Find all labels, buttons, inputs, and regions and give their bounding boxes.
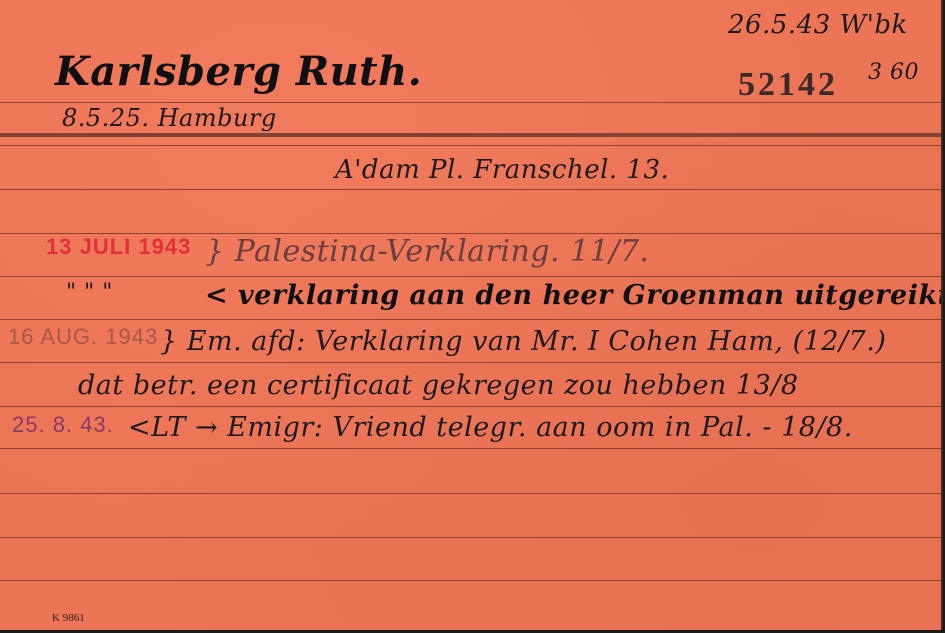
rule-line: [0, 406, 941, 407]
address: A'dam Pl. Franschel. 13.: [335, 155, 669, 185]
entry-text: dat betr. een certificaat gekregen zou h…: [78, 370, 799, 401]
rule-line: [0, 189, 941, 190]
entry-text: <LT → Emigr: Vriend telegr. aan oom in P…: [128, 412, 853, 443]
form-number: K 9861: [52, 612, 85, 624]
rule-line: [0, 493, 941, 494]
birth-date-place: 8.5.25. Hamburg: [62, 104, 277, 132]
entry-text: < verklaring aan den heer Groenman uitge…: [205, 280, 943, 311]
rule-line: [0, 448, 941, 449]
date-stamp: 16 AUG. 1943: [8, 324, 158, 350]
top-right-note: 26.5.43 W'bk: [728, 10, 908, 40]
index-card: Karlsberg Ruth. 8.5.25. Hamburg 26.5.43 …: [0, 0, 943, 630]
rule-line: [0, 362, 941, 363]
rule-line: [0, 537, 941, 538]
date-stamp: 13 JULI 1943: [46, 234, 191, 260]
rule-line: [0, 580, 941, 581]
entry-text: } Em. afd: Verklaring van Mr. I Cohen Ha…: [160, 326, 886, 357]
rule-line: [0, 145, 941, 146]
entry-text: } Palestina-Verklaring. 11/7.: [205, 234, 650, 269]
rule-line: [0, 319, 941, 320]
ditto-marks: " " ": [66, 280, 113, 305]
rule-line: [0, 276, 941, 277]
person-name: Karlsberg Ruth.: [55, 48, 422, 95]
registration-number: 52142: [738, 66, 838, 104]
rule-line-thick: [0, 133, 941, 137]
date-stamp: 25. 8. 43.: [12, 412, 114, 438]
registration-suffix: 3 60: [868, 60, 919, 85]
